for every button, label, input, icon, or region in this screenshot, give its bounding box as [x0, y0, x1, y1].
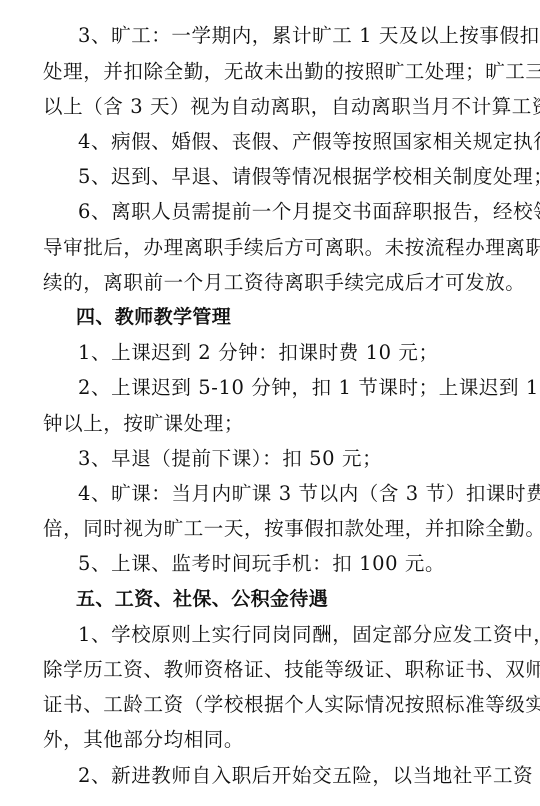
paragraph-line: 3、旷工：一学期内，累计旷工 1 天及以上按事假扣款 — [78, 18, 505, 53]
paragraph-line: 倍，同时视为旷工一天，按事假扣款处理，并扣除全勤。 — [43, 511, 505, 546]
section-heading: 四、教师教学管理 — [76, 300, 376, 335]
paragraph-line: 续的，离职前一个月工资待离职手续完成后才可发放。 — [43, 265, 505, 300]
paragraph-line: 2、上课迟到 5-10 分钟，扣 1 节课时；上课迟到 10 分 — [78, 370, 505, 405]
paragraph-line: 证书、工龄工资（学校根据个人实际情况按照标准等级实施） — [43, 687, 505, 722]
paragraph-line: 1、学校原则上实行同岗同酬，固定部分应发工资中， — [78, 617, 505, 652]
paragraph-line: 导审批后，办理离职手续后方可离职。未按流程办理离职手 — [43, 230, 505, 265]
section-heading: 五、工资、社保、公积金待遇 — [76, 582, 376, 617]
paragraph-line: 4、病假、婚假、丧假、产假等按照国家相关规定执行； — [78, 124, 505, 159]
paragraph-line: 处理，并扣除全勤，无故未出勤的按照旷工处理；旷工三天 — [43, 54, 505, 89]
paragraph-line: 5、上课、监考时间玩手机：扣 100 元。 — [78, 546, 505, 581]
document-page: 3、旷工：一学期内，累计旷工 1 天及以上按事假扣款处理，并扣除全勤，无故未出勤… — [0, 0, 540, 806]
paragraph-line: 6、离职人员需提前一个月提交书面辞职报告，经校领 — [78, 194, 505, 229]
paragraph-line: 钟以上，按旷课处理； — [43, 406, 505, 441]
paragraph-line: 3、早退（提前下课）：扣 50 元； — [78, 441, 505, 476]
paragraph-line: 外，其他部分均相同。 — [43, 722, 505, 757]
paragraph-line: 4、旷课：当月内旷课 3 节以内（含 3 节）扣课时费双 — [78, 476, 505, 511]
paragraph-line: 5、迟到、早退、请假等情况根据学校相关制度处理； — [78, 159, 505, 194]
paragraph-line: 1、上课迟到 2 分钟：扣课时费 10 元； — [78, 335, 505, 370]
paragraph-line: 2、新进教师自入职后开始交五险，以当地社平工资 60% — [78, 758, 505, 793]
paragraph-line: 除学历工资、教师资格证、技能等级证、职称证书、双师型 — [43, 652, 505, 687]
paragraph-line: 以上（含 3 天）视为自动离职，自动离职当月不计算工资； — [43, 89, 505, 124]
